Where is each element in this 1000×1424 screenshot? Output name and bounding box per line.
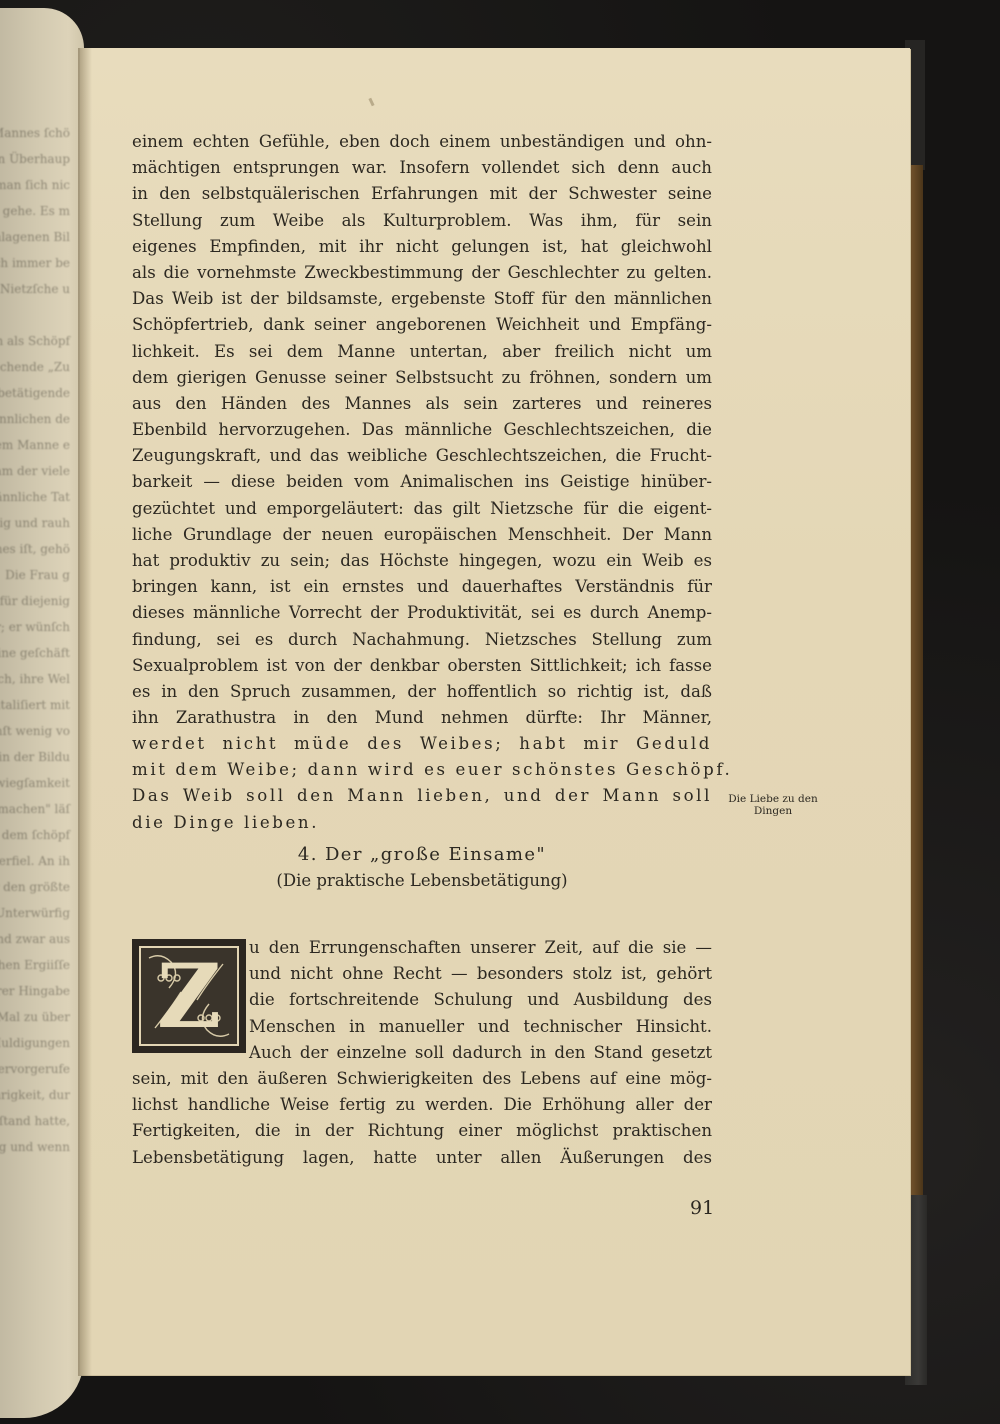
left-page-text-fragment: am der viele (0, 464, 70, 474)
text-line: in den selbstquälerischen Erfahrungen mi… (132, 181, 712, 207)
text-line: dem gierigen Genusse seiner Selbstsucht … (132, 365, 712, 391)
left-page-text-fragment: dige Unterwürfig (0, 906, 70, 916)
left-page-text-fragment: möglichſt wenig vo (0, 724, 70, 734)
text-line: Das Weib ist der bildsamste, ergebenste … (132, 286, 712, 312)
text-line: Zeugungskraft, und das weibliche Geschle… (132, 443, 712, 469)
text-line: gezüchtet und emporgeläutert: das gilt N… (132, 496, 712, 522)
text-line: eigenes Empfinden, mit ihr nicht gelunge… (132, 234, 712, 260)
text-line: Das Weib soll den Mann lieben, und der M… (132, 783, 712, 809)
text-line: die Dinge lieben. (132, 810, 712, 836)
page-number: 91 (690, 1197, 714, 1219)
left-page-text-fragment: ſich, ihre Wel (0, 672, 70, 682)
left-page-text-fragment: ſich immer be (0, 256, 70, 266)
left-page-text-fragment: was machen" läſ (0, 802, 70, 812)
left-page-text-fragment: Schwiegſamkeit (0, 776, 70, 786)
left-page-text-fragment: er den größte (0, 880, 70, 890)
left-page-text-fragment: männliche Tat (0, 490, 70, 500)
quotation: werdet nicht müde des Weibes; habt mir G… (132, 731, 712, 836)
left-page-text-fragment: ſchlagenen Bil (0, 230, 70, 240)
left-page: Mannes ſchöihren Überhaupman ſich nicgeh… (0, 8, 84, 1418)
left-page-text-fragment: man ſich nic (0, 178, 70, 188)
text-line: liche Grundlage der neuen europäischen M… (132, 522, 712, 548)
right-page: einem echten Gefühle, eben doch einem un… (80, 48, 910, 1375)
paragraph-2: Z u den Errungenschaften unserer Zeit, a… (132, 935, 712, 1171)
left-page-text-fragment: heftlichen Ergiiſſe (0, 958, 70, 968)
text-line: ihn Zarathustra in den Mund nehmen dürft… (132, 705, 712, 731)
section-subheading: (Die praktische Lebensbetätigung) (132, 871, 712, 890)
left-page-text-fragment: dem Manne e (0, 438, 70, 448)
left-page-text-fragment: Mannes iſt, gehö (0, 542, 70, 552)
left-page-text-fragment: Mannes ſchö (0, 126, 70, 136)
text-line: mit dem Weibe; dann wird es euer schönst… (132, 757, 712, 783)
left-page-text-fragment: verfiel. An ih (0, 854, 70, 864)
text-line: bringen kann, ist ein ernstes und dauerh… (132, 574, 712, 600)
left-page-text-fragment: in der Bildu (0, 750, 70, 760)
text-line: dieses männliche Vorrecht der Produktivi… (132, 600, 712, 626)
drop-cap-letter: Z (157, 952, 221, 1040)
text-line: lichst handliche Weise fertig zu werden.… (132, 1092, 712, 1118)
paper-speck (368, 98, 374, 107)
left-page-text-fragment: lich hervorgerufe (0, 1062, 70, 1072)
left-page-text-fragment: männlichen de (0, 412, 70, 422)
left-page-text-fragment: ſchmung und wenn (0, 1140, 70, 1150)
left-page-text-fragment: ihrer Hingabe (0, 984, 70, 994)
left-page-text-fragment: gehe. Es m (3, 204, 70, 214)
text-line: hat produktiv zu sein; das Höchste hinge… (132, 548, 712, 574)
gutter-shadow (78, 48, 92, 1376)
text-line: als die vornehmste Zweckbestimmung der G… (132, 260, 712, 286)
text-line: barkeit — diese beiden vom Animalischen … (132, 469, 712, 495)
text-line: Schöpfertrieb, dank seiner angeborenen W… (132, 312, 712, 338)
section-heading: 4. Der „große Einsame" (132, 844, 712, 865)
left-page-text-fragment: Willfährigkeit, dur (0, 1088, 70, 1098)
text-line: Fertigkeiten, die in der Richtung einer … (132, 1118, 712, 1144)
left-page-text-fragment: Huldigungen (0, 1036, 70, 1046)
left-page-text-fragment: Mal zu über (0, 1010, 70, 1020)
left-page-text-fragment: Beſtand hatte, (0, 1114, 70, 1124)
text-line: mächtigen entsprungen war. Insofern voll… (132, 155, 712, 181)
left-page-text-fragment: brutaliſiert mit (0, 698, 70, 708)
left-page-text-fragment: nen Nietzſche u (0, 282, 70, 292)
text-line: Sexualproblem ist von der denkbar oberst… (132, 653, 712, 679)
left-page-text-fragment: ſich betätigende (0, 386, 70, 396)
marginal-note: Die Liebe zu den Dingen (718, 793, 828, 817)
left-page-text-fragment: aber eine geſchäft (0, 646, 70, 656)
text-line: aus den Händen des Mannes als sein zarte… (132, 391, 712, 417)
left-page-text-fragment: war; er wünſch (0, 620, 70, 630)
text-line: einem echten Gefühle, eben doch einem un… (132, 129, 712, 155)
left-page-text-fragment: und zwar aus (0, 932, 70, 942)
left-page-text-fragment: nen als Schöpf (0, 334, 70, 344)
text-line: findung, sei es durch Nachahmung. Nietzs… (132, 627, 712, 653)
left-page-text-fragment: mitig und rauh (0, 516, 70, 526)
left-page-text-fragment: nach dem ſchöpf (0, 828, 70, 838)
text-line: werdet nicht müde des Weibes; habt mir G… (132, 731, 712, 757)
left-page-text-fragment: Die Frau g (5, 568, 70, 578)
text-line: Stellung zum Weibe als Kulturproblem. Wa… (132, 208, 712, 234)
text-line: Ebenbild hervorzugehen. Das männliche Ge… (132, 417, 712, 443)
text-line: Lebensbetätigung lagen, hatte unter alle… (132, 1145, 712, 1171)
text-line: lichkeit. Es sei dem Manne untertan, abe… (132, 339, 712, 365)
left-page-text-fragment: ihren Überhaup (0, 152, 70, 162)
text-line: sein, mit den äußeren Schwierigkeiten de… (132, 1066, 712, 1092)
left-page-text-fragment: für diejenig (0, 594, 70, 604)
drop-cap-frame: Z (139, 946, 239, 1046)
text-line: es in den Spruch zusammen, der hoffentli… (132, 679, 712, 705)
drop-cap-ornament: Z (132, 939, 246, 1053)
left-page-text-fragment: ſprechende „Zu (0, 360, 70, 370)
paragraph-1: einem echten Gefühle, eben doch einem un… (132, 129, 712, 731)
